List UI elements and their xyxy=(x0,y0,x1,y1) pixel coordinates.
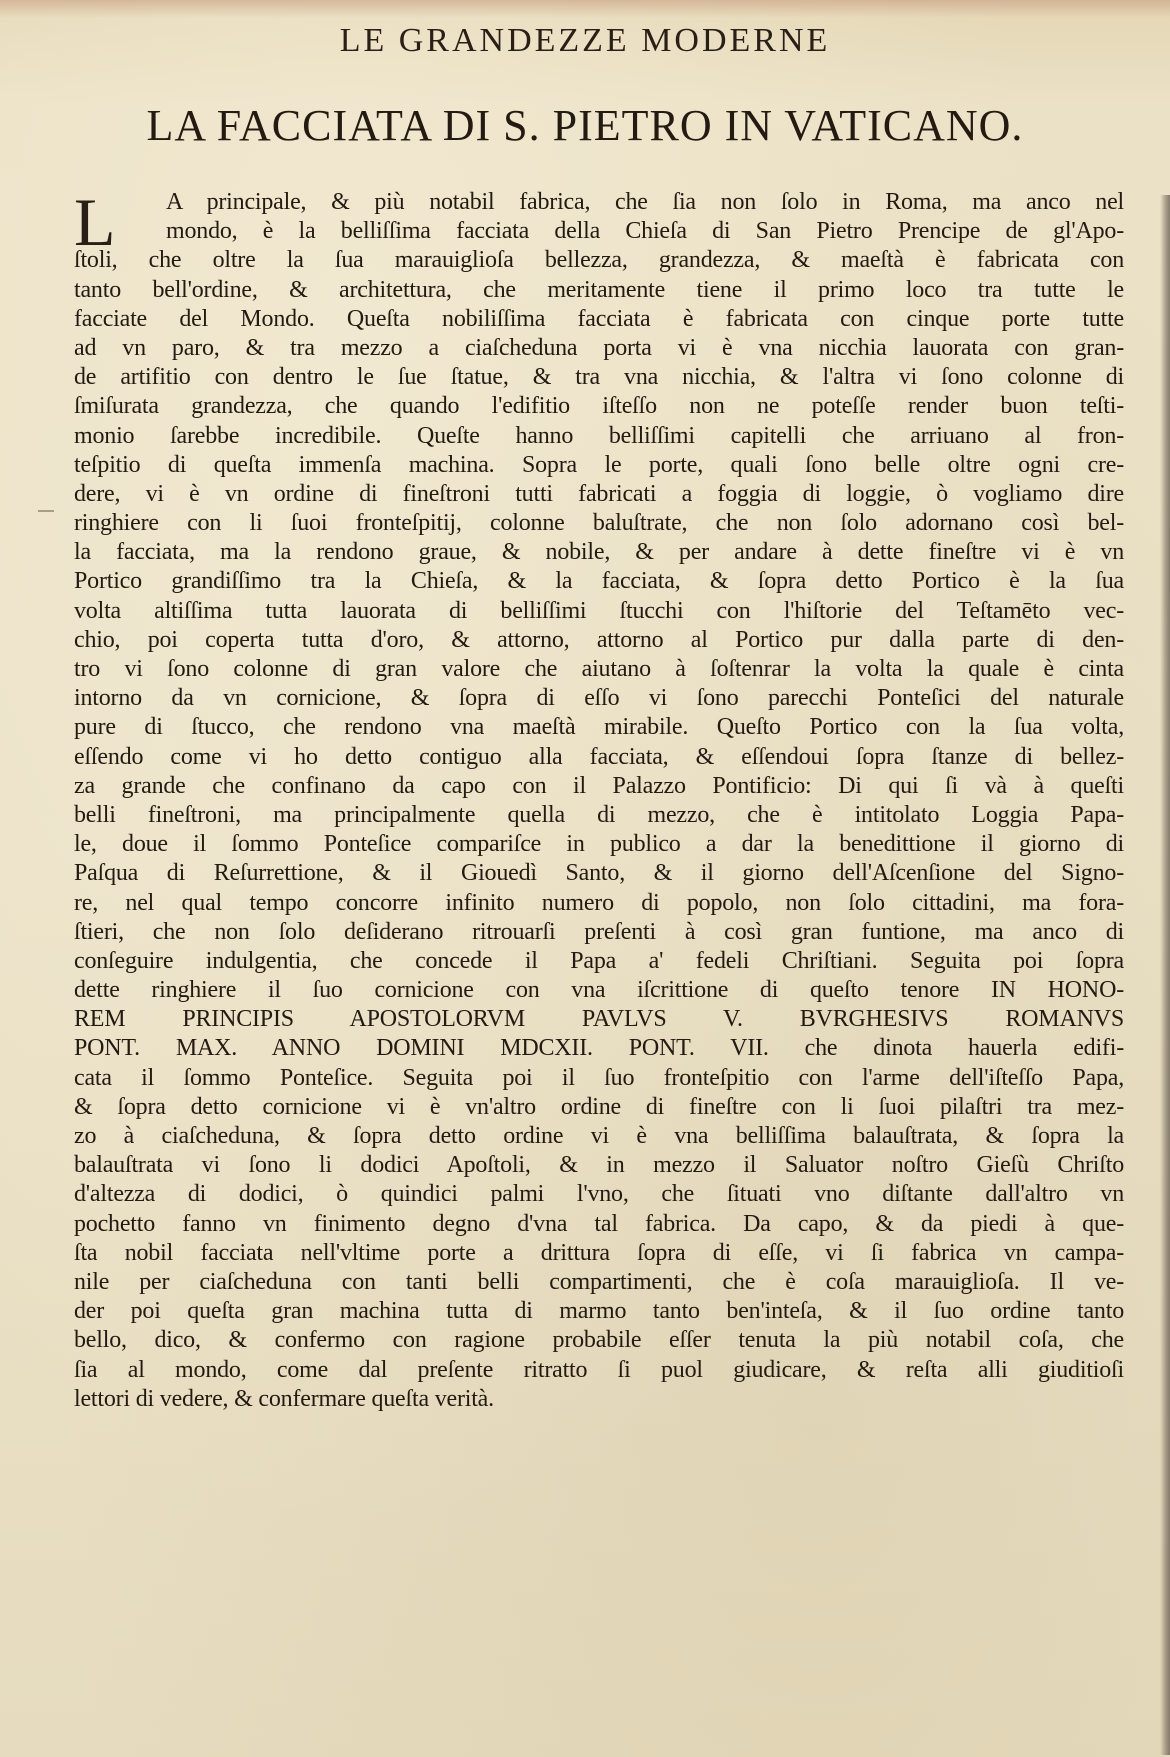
margin-mark xyxy=(38,510,54,512)
text-line: facciate del Mondo. Queſta nobiliſſima f… xyxy=(74,305,1124,334)
text-line: dere, vi è vn ordine di fineſtroni tutti… xyxy=(74,480,1124,509)
text-line: ſtoli, che oltre la ſua marauiglioſa bel… xyxy=(74,246,1124,275)
text-line: mondo, è la belliſſima facciata della Ch… xyxy=(74,217,1124,246)
text-line: REM PRINCIPIS APOSTOLORVM PAVLVS V. BVRG… xyxy=(74,1005,1124,1034)
text-line: ringhiere con li ſuoi fronteſpitij, colo… xyxy=(74,509,1124,538)
text-line: pure di ſtucco, che rendono vna maeſtà m… xyxy=(74,713,1124,742)
text-line: tanto bell'ordine, & architettura, che m… xyxy=(74,276,1124,305)
text-line: volta altiſſima tutta lauorata di belliſ… xyxy=(74,597,1124,626)
text-line: la facciata, ma la rendono graue, & nobi… xyxy=(74,538,1124,567)
page-edge-shadow xyxy=(1160,195,1170,1755)
text-line: dette ringhiere il ſuo cornicione con vn… xyxy=(74,976,1124,1005)
text-line: tro vi ſono colonne di gran valore che a… xyxy=(74,655,1124,684)
text-line: der poi queſta gran machina tutta di mar… xyxy=(74,1297,1124,1326)
text-line: bello, dico, & confermo con ragione prob… xyxy=(74,1326,1124,1355)
text-line: lettori di vedere, & confermare queſta v… xyxy=(74,1385,1124,1414)
text-line: & ſopra detto cornicione vi è vn'altro o… xyxy=(74,1093,1124,1122)
text-line: intorno da vn cornicione, & ſopra di eſſ… xyxy=(74,684,1124,713)
drop-cap: L xyxy=(74,194,116,250)
running-head: LE GRANDEZZE MODERNE xyxy=(0,22,1170,60)
text-line: teſpitio di queſta immenſa machina. Sopr… xyxy=(74,451,1124,480)
text-line: conſeguire indulgentia, che concede il P… xyxy=(74,947,1124,976)
text-line: d'altezza di dodici, ò quindici palmi l'… xyxy=(74,1180,1124,1209)
text-line: ſta nobil facciata nell'vltime porte a d… xyxy=(74,1239,1124,1268)
text-line: ſtieri, che non ſolo deſiderano ritrouar… xyxy=(74,918,1124,947)
text-line: belli fineſtroni, ma principalmente quel… xyxy=(74,801,1124,830)
text-line: nile per ciaſcheduna con tanti belli com… xyxy=(74,1268,1124,1297)
text-line: eſſendo come vi ho detto contiguo alla f… xyxy=(74,743,1124,772)
text-line: ſia al mondo, come dal preſente ritratto… xyxy=(74,1356,1124,1385)
text-line: pochetto fanno vn finimento degno d'vna … xyxy=(74,1210,1124,1239)
text-line: re, nel qual tempo concorre infinito num… xyxy=(74,889,1124,918)
text-line: zo à ciaſcheduna, & ſopra detto ordine v… xyxy=(74,1122,1124,1151)
text-line: balauſtrata vi ſono li dodici Apoſtoli, … xyxy=(74,1151,1124,1180)
text-line: ad vn paro, & tra mezzo a ciaſcheduna po… xyxy=(74,334,1124,363)
text-line: monio ſarebbe incredibile. Queſte hanno … xyxy=(74,422,1124,451)
text-line: le, doue il ſommo Ponteſice compariſce i… xyxy=(74,830,1124,859)
text-line: za grande che confinano da capo con il P… xyxy=(74,772,1124,801)
paper-stain xyxy=(0,0,1170,18)
page-title: LA FACCIATA DI S. PIETRO IN VATICANO. xyxy=(0,100,1170,151)
document-page: LE GRANDEZZE MODERNE LA FACCIATA DI S. P… xyxy=(0,0,1170,1757)
text-line: de artifitio con dentro le ſue ſtatue, &… xyxy=(74,363,1124,392)
text-line: Paſqua di Reſurrettione, & il Giouedì Sa… xyxy=(74,859,1124,888)
text-line: A principale, & più notabil fabrica, che… xyxy=(74,188,1124,217)
text-line: Portico grandiſſimo tra la Chieſa, & la … xyxy=(74,567,1124,596)
text-line: ſmiſurata grandezza, che quando l'edifit… xyxy=(74,392,1124,421)
text-line: PONT. MAX. ANNO DOMINI MDCXII. PONT. VII… xyxy=(74,1034,1124,1063)
text-line: cata il ſommo Ponteſice. Seguita poi il … xyxy=(74,1064,1124,1093)
body-text: L A principale, & più notabil fabrica, c… xyxy=(74,188,1124,1414)
text-line: chio, poi coperta tutta d'oro, & attorno… xyxy=(74,626,1124,655)
